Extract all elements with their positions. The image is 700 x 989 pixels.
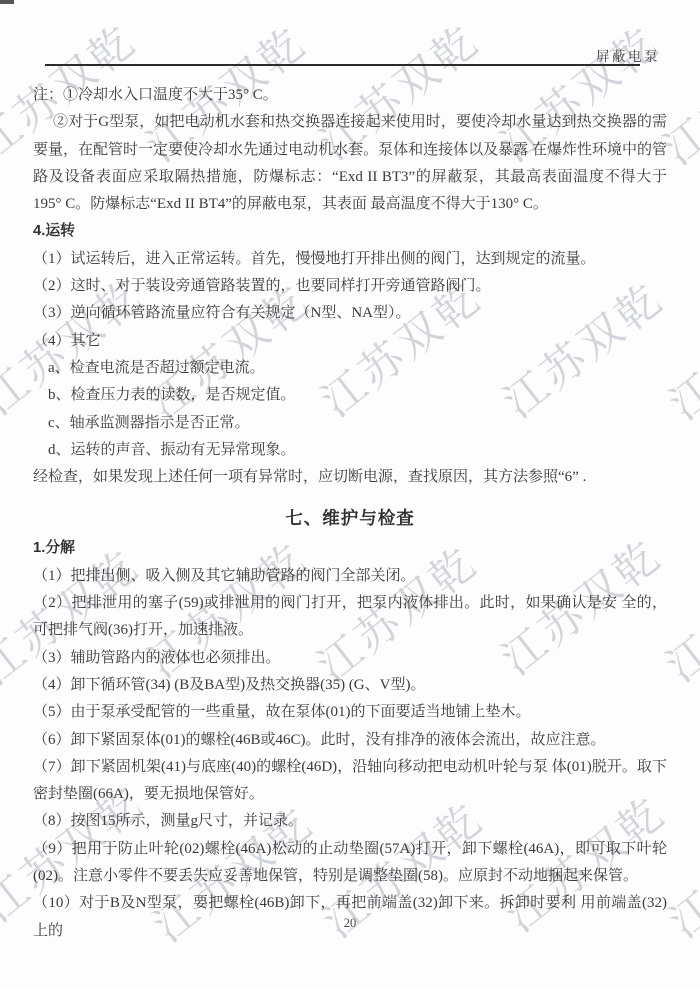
document-content: 注：①冷却水入口温度不大于35° C。 ②对于G型泵，如把电动机水套和热交换器连… bbox=[33, 82, 667, 945]
section7-item-8: （8）按图15所示，测量g尺寸，并记录。 bbox=[33, 808, 667, 835]
page-number: 20 bbox=[0, 916, 700, 931]
section4-subitem-c: c、轴承监测器指示是否正常。 bbox=[33, 410, 667, 437]
section4-heading: 4.运转 bbox=[33, 218, 667, 245]
note-line-2: ②对于G型泵，如把电动机水套和热交换器连接起来使用时，要使冷却水量达到热交换器的… bbox=[33, 109, 667, 218]
section4-item-2: （2）这时、对于装设旁通管路装置的，也要同样打开旁通管路阀门。 bbox=[33, 273, 667, 300]
section4-subitem-b: b、检查压力表的读数，是否规定值。 bbox=[33, 382, 667, 409]
header-rule bbox=[45, 64, 640, 66]
section4-subitem-d: d、运转的声音、振动有无异常现象。 bbox=[33, 437, 667, 464]
section4-item-1: （1）试运转后，进入正常运转。首先，慢慢地打开排出侧的阀门，达到规定的流量。 bbox=[33, 246, 667, 273]
document-page: 江苏双乾江苏双乾江苏双乾江苏双乾江苏双乾江苏双乾江苏双乾江苏双乾江苏双乾江苏双乾… bbox=[0, 0, 700, 989]
note-line-1: 注：①冷却水入口温度不大于35° C。 bbox=[33, 82, 667, 109]
section7-subheading: 1.分解 bbox=[33, 535, 667, 562]
section4-conclusion: 经检查，如果发现上述任何一项有异常时，应切断电源，查找原因，其方法参照“6” . bbox=[33, 464, 667, 491]
section7-item-4: （4）卸下循环管(34) (B及BA型)及热交换器(35) (G、V型)。 bbox=[33, 672, 667, 699]
section4-item-3: （3）逆向循环管路流量应符合有关规定（N型、NA型）。 bbox=[33, 300, 667, 327]
section7-item-2: （2）把排泄用的塞子(59)或排泄用的阀门打开，把泵内液体排出。此时，如果确认是… bbox=[33, 590, 667, 645]
section7-item-3: （3）辅助管路内的液体也必须排出。 bbox=[33, 645, 667, 672]
section7-item-9: （9）把用于防止叶轮(02)螺栓(46A)松动的止动垫圈(57A)打开，卸下螺栓… bbox=[33, 836, 667, 891]
header-doc-title: 屏蔽电泵 bbox=[596, 45, 660, 65]
section7-item-7: （7）卸下紧固机架(41)与底座(40)的螺栓(46D)，沿轴向移动把电动机叶轮… bbox=[33, 754, 667, 809]
section7-title: 七、维护与检查 bbox=[33, 504, 667, 532]
scan-artifact bbox=[0, 0, 14, 4]
section4-item-4: （4）其它 bbox=[33, 328, 667, 355]
section4-subitem-a: a、检查电流是否超过额定电流。 bbox=[33, 355, 667, 382]
section7-item-5: （5）由于泵承受配管的一些重量，故在泵体(01)的下面要适当地铺上垫木。 bbox=[33, 699, 667, 726]
section7-item-1: （1）把排出侧、吸入侧及其它辅助管路的阀门全部关闭。 bbox=[33, 563, 667, 590]
section7-item-6: （6）卸下紧固泵体(01)的螺栓(46B或46C)。此时，没有排净的液体会流出，… bbox=[33, 727, 667, 754]
